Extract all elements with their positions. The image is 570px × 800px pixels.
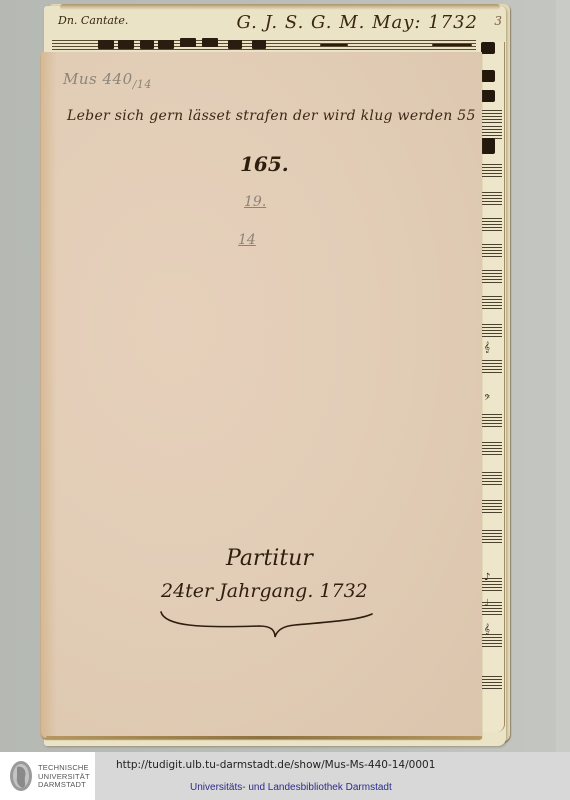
note-cluster-icon (481, 138, 495, 154)
pencil-number-1: 19. (244, 194, 266, 210)
clef-mark-icon: 𝄞 (484, 624, 490, 634)
background-margin (556, 0, 570, 752)
score-caption-left: Dn. Cantate. (58, 14, 128, 27)
cover-title: Leber sich gern lässet strafen der wird … (67, 108, 476, 124)
note-group-icon (118, 40, 134, 49)
note-group-icon (140, 40, 154, 49)
footer: TECHNISCHE UNIVERSITÄT DARMSTADT http://… (0, 752, 570, 800)
note-cluster-icon (481, 42, 495, 54)
note-group-icon (252, 40, 266, 49)
note-group-icon (228, 40, 242, 49)
clef-mark-icon: 𝄢 (484, 394, 490, 404)
front-cover: Mus 440/14 Leber sich gern lässet strafe… (41, 52, 482, 738)
university-emblem-icon (9, 759, 33, 793)
shelfmark: Mus 440/14 (63, 70, 152, 91)
score-sheet-worn-edge (60, 4, 500, 10)
clef-mark-icon: 𝄞 (484, 342, 490, 352)
institution-logo[interactable]: TECHNISCHE UNIVERSITÄT DARMSTADT (0, 752, 95, 800)
note-group-icon (320, 44, 348, 46)
note-group-icon (432, 44, 472, 46)
score-header: Dn. Cantate. G. J. S. G. M. May: 1732 3 (58, 12, 478, 38)
note-cluster-icon (481, 70, 495, 82)
cover-label: Partitur (226, 546, 313, 571)
score-page-number: 3 (494, 14, 502, 28)
institution-name: TECHNISCHE UNIVERSITÄT DARMSTADT (38, 764, 90, 790)
score-edge-strip: 𝄞 𝄢 ♪ ♩ 𝄞 (478, 42, 505, 732)
catalog-number: 165. (240, 152, 289, 176)
permalink-url[interactable]: http://tudigit.ulb.tu-darmstadt.de/show/… (116, 759, 435, 771)
pencil-number-2: 14 (238, 232, 256, 248)
note-cluster-icon (481, 90, 495, 102)
cover-volume: 24ter Jahrgang. 1732 (161, 580, 368, 602)
flourish-icon (159, 610, 374, 638)
scan-viewer: Dn. Cantate. G. J. S. G. M. May: 1732 3 (0, 0, 570, 752)
score-caption-right: G. J. S. G. M. May: 1732 (236, 12, 478, 33)
note-group-icon (98, 40, 114, 49)
library-link[interactable]: Universitäts- und Landesbibliothek Darms… (190, 782, 392, 793)
note-group-icon (202, 38, 218, 47)
cover-bottom-edge (46, 736, 482, 739)
note-group-icon (180, 38, 196, 47)
note-group-icon (158, 40, 174, 49)
score-staff-top (52, 38, 476, 52)
